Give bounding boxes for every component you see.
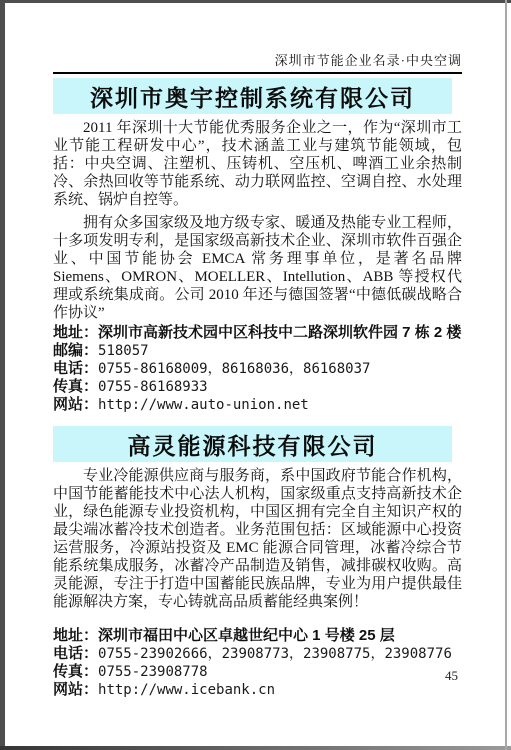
phone-label: 电话：: [53, 645, 98, 662]
running-header-text: 深圳市节能企业名录·中央空调: [275, 53, 462, 68]
company-name: 高灵能源科技有限公司: [128, 428, 378, 461]
address-value: 深圳市高新技术园中区科技中二路深圳软件园 7 栋 2 楼: [98, 324, 461, 341]
phone-label: 电话：: [53, 360, 98, 377]
website-value: http://www.icebank.cn: [98, 682, 275, 698]
company-paragraph: 拥有众多国家级及地方级专家、暖通及热能专业工程师，十多项发明专利，是国家级高新技…: [53, 214, 462, 322]
postcode-label: 邮编：: [53, 342, 98, 359]
page-number: 45: [53, 668, 458, 684]
company-section-1: 深圳市奥宇控制系统有限公司 2011 年深圳十大节能优秀服务企业之一，作为“深圳…: [53, 78, 462, 414]
running-header: 深圳市节能企业名录·中央空调: [53, 53, 462, 69]
document-page: 深圳市节能企业名录·中央空调 深圳市奥宇控制系统有限公司 2011 年深圳十大节…: [5, 3, 505, 746]
postcode-value: 518057: [98, 343, 149, 359]
scan-edge-bottom: [0, 746, 511, 750]
fax-line: 传真：0755-86168933: [53, 378, 462, 396]
scan-edge-top: [0, 0, 511, 3]
company-title-banner: 深圳市奥宇控制系统有限公司: [53, 78, 452, 114]
company-section-2: 高灵能源科技有限公司 专业冷能源供应商与服务商，系中国政府节能合作机构，中国节能…: [53, 426, 462, 699]
address-line: 地址：深圳市高新技术园中区科技中二路深圳软件园 7 栋 2 楼: [53, 324, 462, 342]
scan-edge-right: [505, 0, 507, 750]
contact-block: 地址：深圳市高新技术园中区科技中二路深圳软件园 7 栋 2 楼 邮编：51805…: [53, 324, 462, 414]
phone-value: 0755-23902666，23908773，23908775，23908776: [98, 646, 452, 662]
header-rule: [53, 72, 462, 74]
company-title-banner: 高灵能源科技有限公司: [53, 426, 452, 462]
phone-value: 0755-86168009，86168036，86168037: [98, 361, 370, 377]
company-paragraph: 2011 年深圳十大节能优秀服务企业之一，作为“深圳市工业节能工程研发中心”，技…: [53, 119, 462, 209]
fax-value: 0755-86168933: [98, 379, 208, 395]
postcode-line: 邮编：518057: [53, 342, 462, 360]
contact-block: 地址：深圳市福田中心区卓越世纪中心 1 号楼 25 层 电话：0755-2390…: [53, 627, 462, 699]
fax-label: 传真：: [53, 378, 98, 395]
phone-line: 电话：0755-23902666，23908773，23908775，23908…: [53, 645, 462, 663]
website-label: 网站：: [53, 396, 98, 413]
address-label: 地址：: [53, 627, 98, 644]
page-content: 深圳市节能企业名录·中央空调 深圳市奥宇控制系统有限公司 2011 年深圳十大节…: [53, 3, 462, 699]
address-label: 地址：: [53, 324, 98, 341]
phone-line: 电话：0755-86168009，86168036，86168037: [53, 360, 462, 378]
address-line: 地址：深圳市福田中心区卓越世纪中心 1 号楼 25 层: [53, 627, 462, 645]
website-line: 网站：http://www.auto-union.net: [53, 396, 462, 414]
website-value: http://www.auto-union.net: [98, 397, 309, 413]
company-paragraph: 专业冷能源供应商与服务商，系中国政府节能合作机构，中国节能蓄能技术中心法人机构，…: [53, 467, 462, 611]
address-value: 深圳市福田中心区卓越世纪中心 1 号楼 25 层: [98, 627, 395, 644]
company-name: 深圳市奥宇控制系统有限公司: [90, 80, 415, 113]
scan-edge-left: [0, 0, 5, 750]
